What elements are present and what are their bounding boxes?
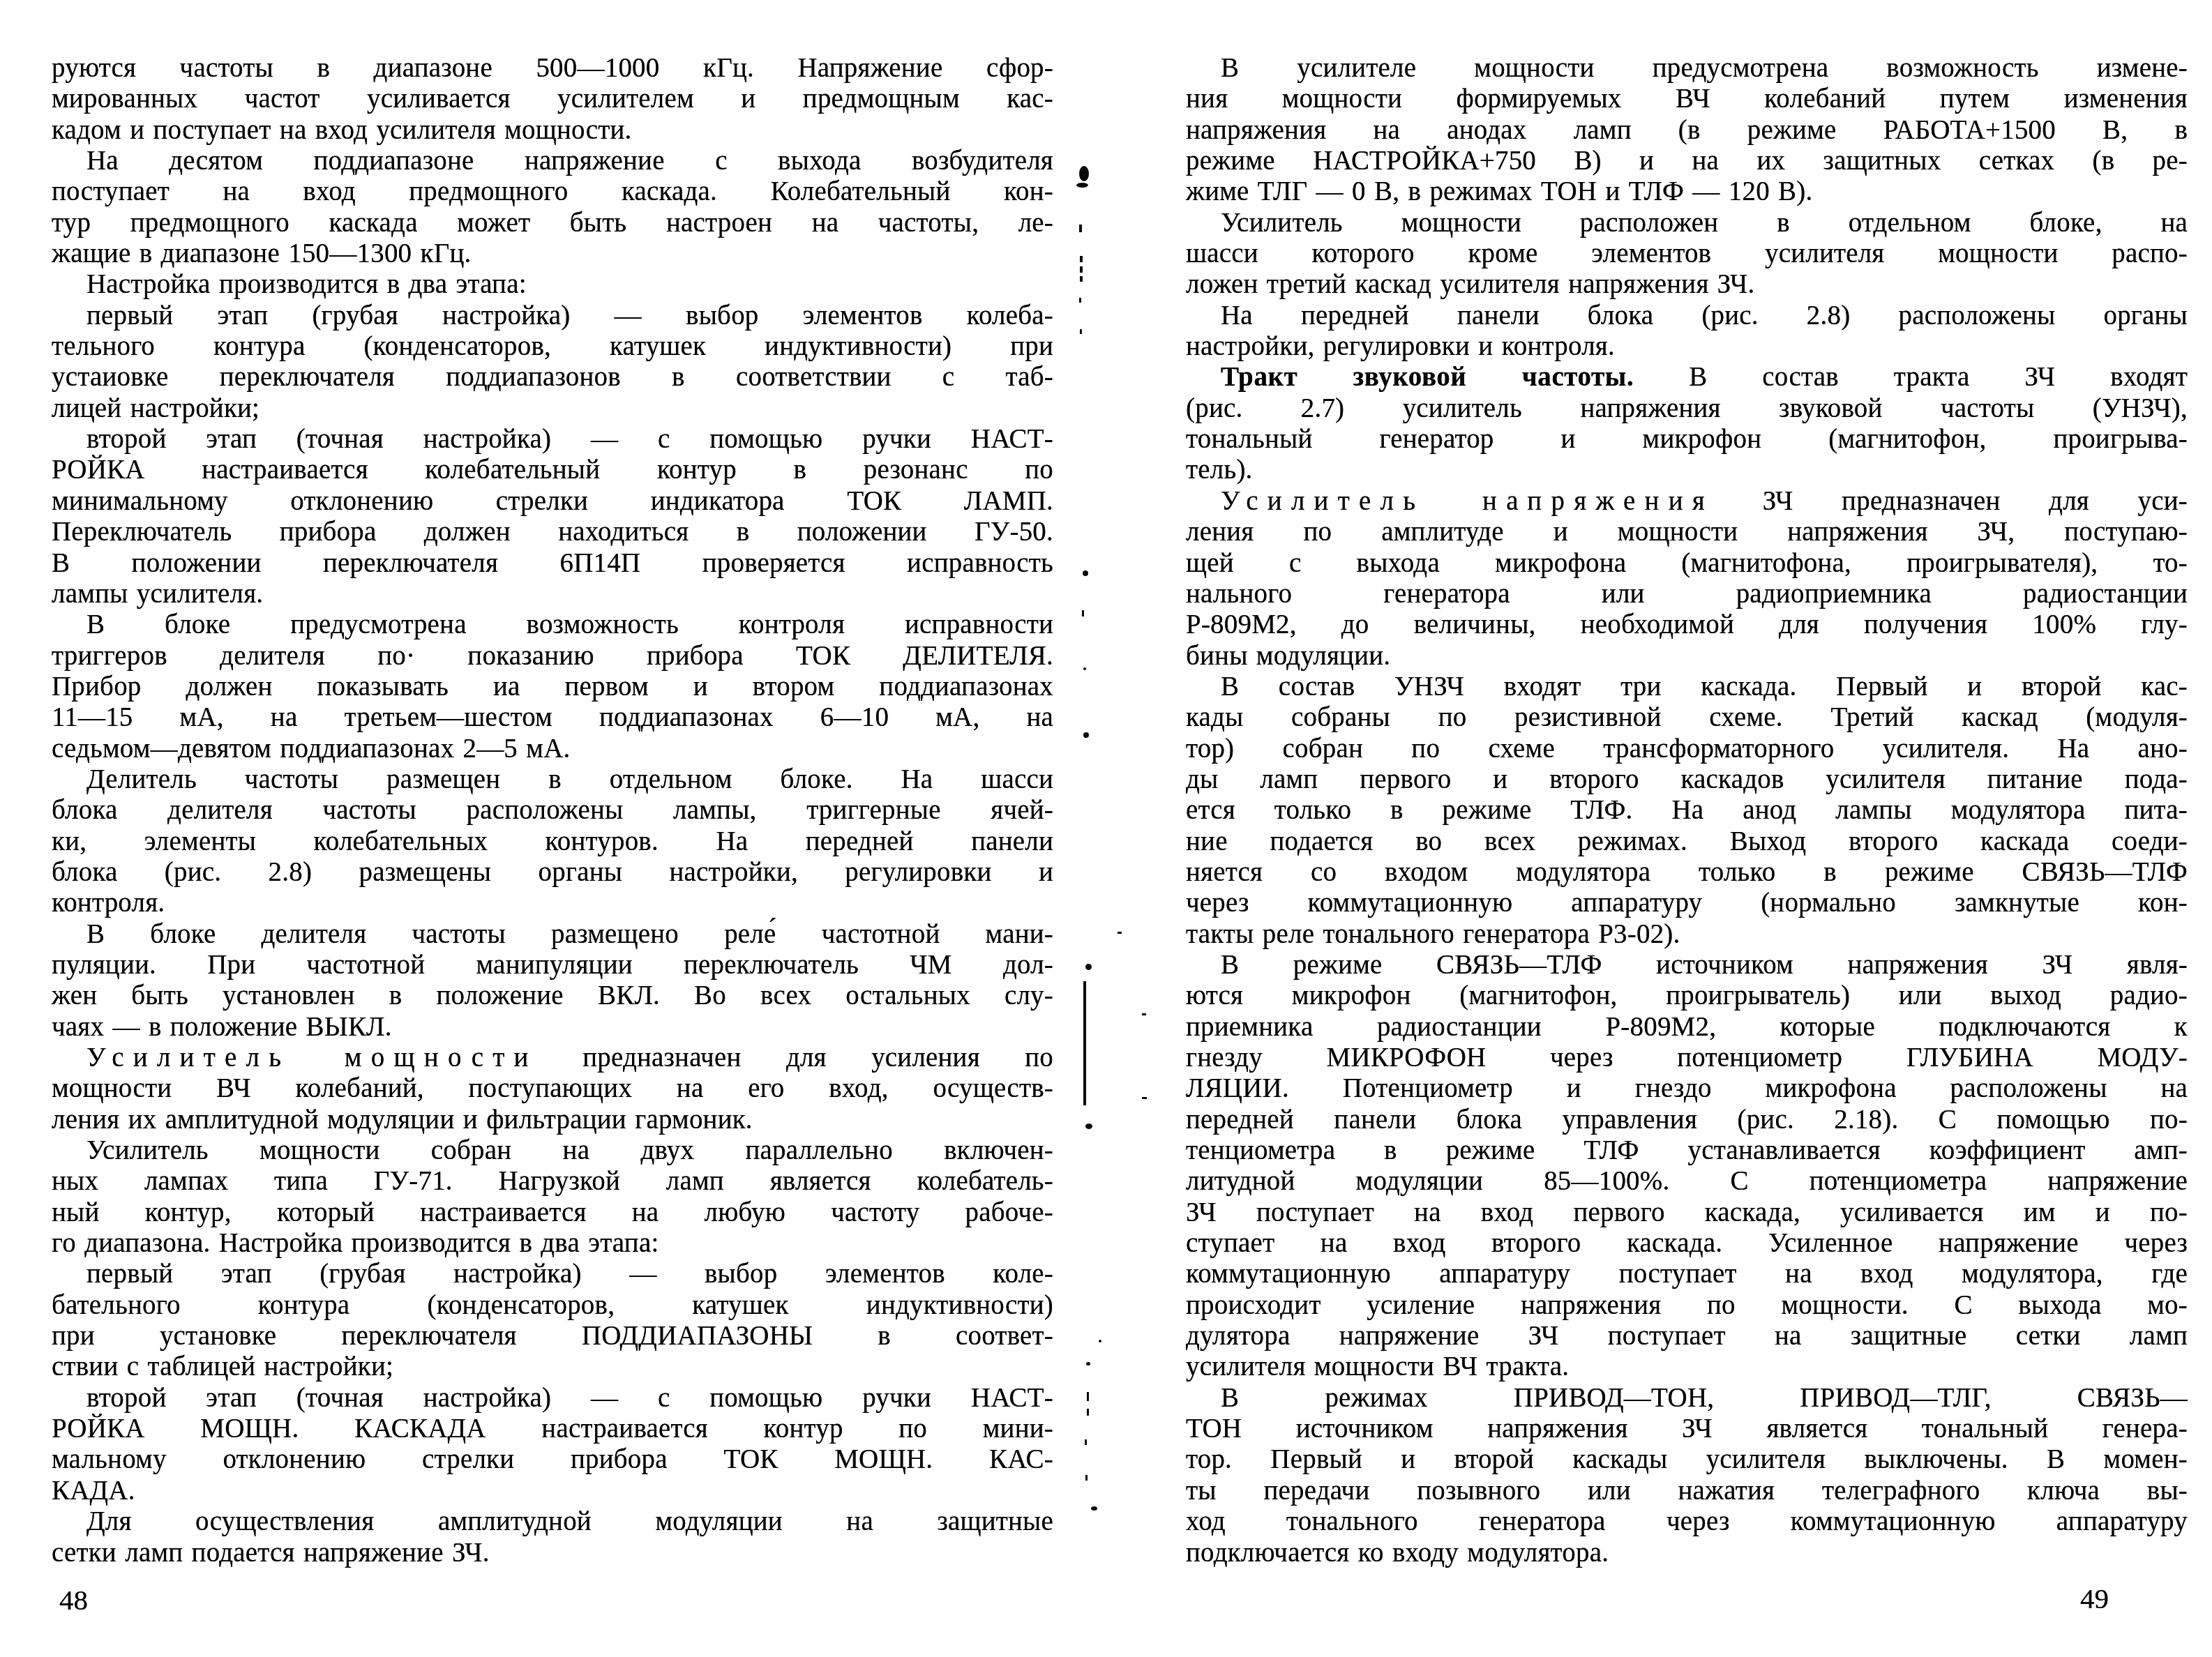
scan-speck [1085,964,1092,970]
text-line: устаиовке переключателя поддиапазонов в … [52,362,1053,393]
text-line: второй этап (точная настройка) — с помощ… [52,424,1053,455]
scan-speck [1083,732,1089,738]
text-line: Переключатель прибора должен находиться … [52,517,1053,547]
text-line: ты передачи позывного или нажатия телегр… [1186,1476,2188,1506]
scan-speck [1083,981,1086,1105]
text-line: В блоке делителя частоты размещено реле́… [52,919,1053,950]
text-line: нального генератора или радиоприемника р… [1186,579,2188,610]
text-line: гнезду МИКРОФОН через потенциометр ГЛУБИ… [1186,1043,2188,1073]
text-line: На десятом поддиапазоне напряжение с вых… [52,146,1053,176]
text-line: В положении переключателя 6П14П проверяе… [52,548,1053,579]
text-line: дулятора напряжение ЗЧ поступает на защи… [1186,1321,2188,1352]
scan-speck [1085,1475,1088,1481]
scan-speck [1076,183,1088,188]
text-line: первый этап (грубая настройка) — выбор э… [52,301,1053,331]
text-line: ных лампах типа ГУ-71. Нагрузкой ламп яв… [52,1166,1053,1197]
scan-speck [1087,1392,1089,1401]
text-line: тор) собран по схеме трансформаторного у… [1186,734,2188,764]
scan-speck [1142,1097,1147,1099]
scan-speck [1099,1340,1101,1342]
text-line: ления по амплитуде и мощности напряжения… [1186,517,2188,547]
text-line: Прибор должен показывать иа первом и вто… [52,672,1053,702]
text-line: ды ламп первого и второго каскадов усили… [1186,764,2188,795]
text-line: происходит усиление напряжения по мощнос… [1186,1290,2188,1321]
text-line: КАДА. [52,1476,1053,1506]
text-line: В блоке предусмотрена возможность контро… [52,610,1053,640]
text-line: приемника радиостанции Р-809М2, которые … [1186,1012,2188,1043]
text-line: бины модуляции. [1186,641,2188,672]
text-line: лампы усилителя. [52,579,1053,610]
page-number-right: 49 [2080,1584,2109,1613]
scan-speck [1080,266,1083,273]
text-line: ЗЧ поступает на вход первого каскада, ус… [1186,1197,2188,1228]
text-line: напряжения на анодах ламп (в режиме РАБО… [1186,115,2188,146]
text-line: седьмом—девятом поддиапазонах 2—5 мА. [52,734,1053,764]
text-line: В усилителе мощности предусмотрена возмо… [1186,53,2188,84]
scan-speck [1083,667,1086,670]
text-line: ТОН источником напряжения ЗЧ является то… [1186,1414,2188,1444]
text-line: кадом и поступает на вход усилителя мощн… [52,115,1053,146]
scan-speck [1142,1013,1146,1015]
text-line: руются частоты в диапазоне 500—1000 кГц.… [52,53,1053,84]
text-line: го диапазона. Настройка производится в д… [52,1228,1053,1259]
text-line: ется только в режиме ТЛФ. На анод лампы … [1186,795,2188,826]
scan-speck [1080,276,1083,282]
text-line: бательного контура (конденсаторов, катуш… [52,1290,1053,1321]
text-line: тональный генератор и микрофон (магнитоф… [1186,424,2188,455]
scan-speck [1085,1439,1087,1445]
text-line: ход тонального генератора через коммутац… [1186,1506,2188,1537]
text-line: щей с выхода микрофона (магнитофона, про… [1186,548,2188,579]
text-line: поступает на вход предмощного каскада. К… [52,176,1053,207]
text-line: передней панели блока управления (рис. 2… [1186,1105,2188,1135]
text-line: ки, элементы колебательных контуров. На … [52,826,1053,857]
scan-speck [1080,256,1083,262]
text-line: тор. Первый и второй каскады усилителя в… [1186,1444,2188,1475]
text-line: Делитель частоты размещен в отдельном бл… [52,764,1053,795]
text-line: мальному отклонению стрелки прибора ТОК … [52,1444,1053,1475]
text-line: ступает на вход второго каскада. Усиленн… [1186,1228,2188,1259]
text-line: настройки, регулировки и контроля. [1186,331,2188,362]
text-line: На передней панели блока (рис. 2.8) расп… [1186,301,2188,331]
text-line: Усилитель мощности собран на двух паралл… [52,1135,1053,1166]
text-line: мированных частот усиливается усилителем… [52,84,1053,114]
text-line: тельного контура (конденсаторов, катушек… [52,331,1053,362]
scan-speck [1080,329,1082,334]
text-line: ются микрофон (магнитофон, проигрыватель… [1186,981,2188,1011]
scan-speck [1086,1362,1090,1365]
scan-speck [1082,610,1084,616]
text-line: ЛЯЦИИ. Потенциометр и гнездо микрофона р… [1186,1073,2188,1104]
text-line: ние подается во всех режимах. Выход втор… [1186,826,2188,857]
text-line: ствии с таблицей настройки; [52,1352,1053,1382]
text-line: минимальному отклонению стрелки индикато… [52,486,1053,517]
page-number-left: 48 [59,1586,88,1614]
text-line: второй этап (точная настройка) — с помощ… [52,1383,1053,1414]
text-line: ния мощности формируемых ВЧ колебаний пу… [1186,84,2188,114]
text-line: Тракт звуковой частоты. В состав тракта … [1186,362,2188,393]
book-spread: { "document": { "type": "scanned-book-sp… [0,0,2212,1657]
text-line: ления их амплитудной модуляции и фильтра… [52,1105,1053,1135]
letterspaced-term: Усилитель напряжения [1221,486,1714,516]
text-line: ложен третий каскад усилителя напряжения… [1186,269,2188,300]
text-line: первый этап (грубая настройка) — выбор э… [52,1259,1053,1289]
text-line: РОЙКА МОЩН. КАСКАДА настраивается контур… [52,1414,1053,1444]
text-line: тур предмощного каскада может быть настр… [52,208,1053,239]
text-line: лицей настройки; [52,393,1053,424]
text-line: В состав УНЗЧ входят три каскада. Первый… [1186,672,2188,702]
text-line: режиме НАСТРОЙКА+750 В) и на их защитных… [1186,146,2188,176]
text-line: Настройка производится в два этапа: [52,269,1053,300]
scan-speck [1091,1506,1097,1511]
text-line: блока (рис. 2.8) размещены органы настро… [52,857,1053,888]
text-line: Усилитель напряжения ЗЧ предназначен для… [1186,486,2188,517]
text-line: Усилитель мощности расположен в отдельно… [1186,208,2188,239]
letterspaced-term: Усилитель мощности [86,1043,538,1073]
bold-lead: Тракт звуковой частоты. [1221,362,1634,392]
text-line: кады собраны по резистивной схеме. Трети… [1186,702,2188,733]
scanned-spread: руются частоты в диапазоне 500—1000 кГц.… [0,0,2212,1657]
text-line: Усилитель мощности предназначен для усил… [52,1043,1053,1073]
text-line: чаях — в положение ВЫКЛ. [52,1012,1053,1043]
text-line: 11—15 мА, на третьем—шестом поддиапазона… [52,702,1053,733]
scan-speck [1079,225,1082,232]
text-line: блока делителя частоты расположены лампы… [52,795,1053,826]
text-line: мощности ВЧ колебаний, поступающих на ег… [52,1073,1053,1104]
scan-speck [1118,932,1122,934]
text-line: жиме ТЛГ — 0 В, в режимах ТОН и ТЛФ — 12… [1186,176,2188,207]
text-run: предназначен для усиления по [538,1043,1053,1073]
text-line: (рис. 2.7) усилитель напряжения звуковой… [1186,393,2188,424]
text-line: шасси которого кроме элементов усилителя… [1186,239,2188,269]
text-line: при установке переключателя ПОДДИАПАЗОНЫ… [52,1321,1053,1352]
text-line: пуляции. При частотной манипуляции перек… [52,950,1053,981]
page-48-text-column: руются частоты в диапазоне 500—1000 кГц.… [52,53,1053,1568]
text-line: ный контур, который настраивается на люб… [52,1197,1053,1228]
text-line: жащие в диапазоне 150—1300 кГц. [52,239,1053,269]
text-line: усилителя мощности ВЧ тракта. [1186,1352,2188,1382]
text-line: литудной модуляции 85—100%. С потенциоме… [1186,1166,2188,1197]
scan-speck [1079,298,1081,303]
text-line: подключается ко входу модулятора. [1186,1538,2188,1568]
text-line: сетки ламп подается напряжение ЗЧ. [52,1538,1053,1568]
text-line: няется со входом модулятора только в реж… [1186,857,2188,888]
text-line: В режимах ПРИВОД—ТОН, ПРИВОД—ТЛГ, СВЯЗЬ— [1186,1383,2188,1414]
text-line: через коммутационную аппаратуру (нормаль… [1186,888,2188,918]
text-line: такты реле тонального генератора Р3-02). [1186,919,2188,950]
text-line: контроля. [52,888,1053,918]
text-line: тель). [1186,455,2188,485]
text-run: В состав тракта ЗЧ входят [1634,362,2188,392]
text-line: жен быть установлен в положение ВКЛ. Во … [52,981,1053,1011]
text-run: ЗЧ предназначен для уси- [1714,486,2188,516]
scan-speck [1085,1123,1092,1129]
text-line: Р-809М2, до величины, необходимой для по… [1186,610,2188,640]
page-49-text-column: В усилителе мощности предусмотрена возмо… [1186,53,2188,1568]
text-line: РОЙКА настраивается колебательный контур… [52,455,1053,485]
scan-speck [1087,1409,1089,1416]
text-line: тенциометра в режиме ТЛФ устанавливается… [1186,1135,2188,1166]
text-line: триггеров делителя по· показанию прибора… [52,641,1053,672]
scan-speck [1079,166,1089,181]
text-line: коммутационную аппаратуру поступает на в… [1186,1259,2188,1289]
scan-speck [1083,570,1088,576]
text-line: Для осуществления амплитудной модуляции … [52,1506,1053,1537]
text-line: В режиме СВЯЗЬ—ТЛФ источником напряжения… [1186,950,2188,981]
